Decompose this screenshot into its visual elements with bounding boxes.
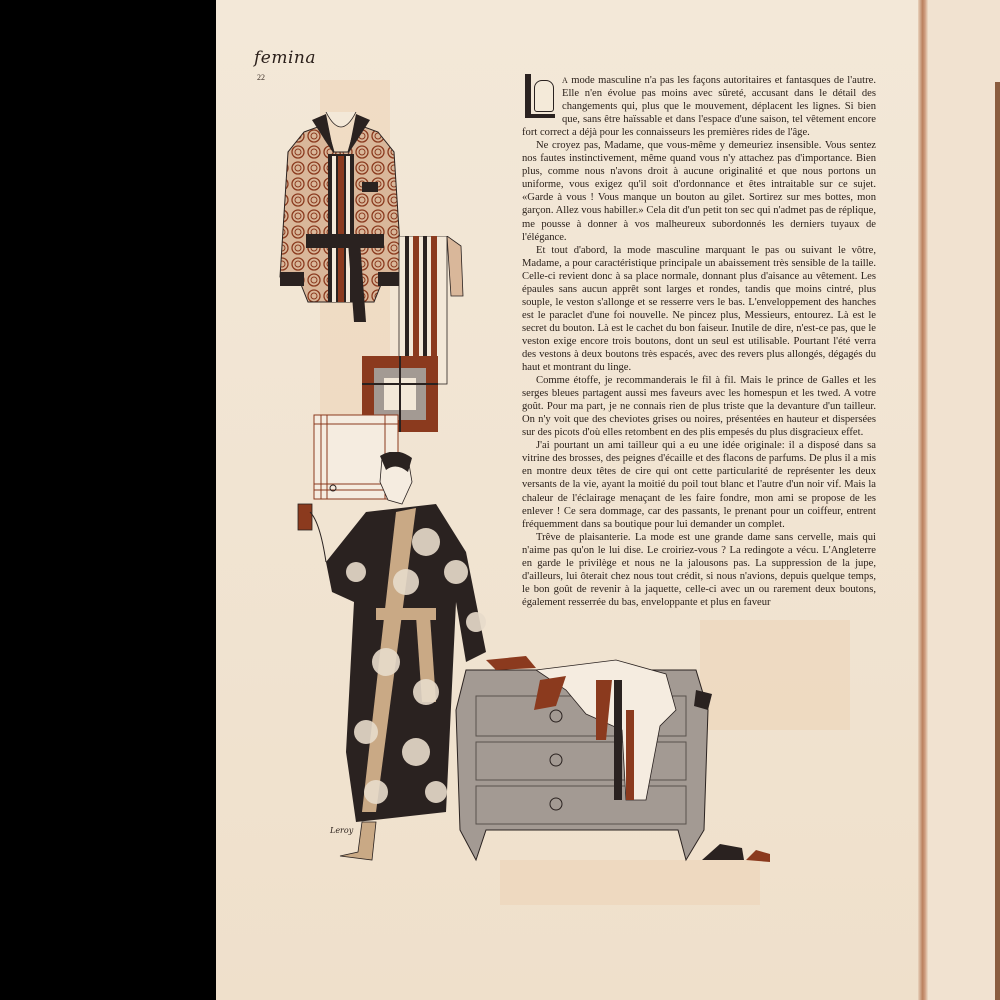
article-paragraph: Et tout d'abord, la mode masculine marqu…	[522, 244, 876, 374]
chest-of-drawers-illustration	[446, 650, 716, 862]
first-word-rest: A	[562, 76, 568, 85]
black-scan-margin	[0, 0, 216, 1000]
article-paragraph: Comme étoffe, je recommanderais le fil à…	[522, 374, 876, 439]
article-paragraph: A mode masculine n'a pas les façons auto…	[522, 74, 876, 139]
page-gutter	[918, 0, 928, 1000]
facing-page-plate-border	[995, 82, 1000, 1000]
page-number: 22	[257, 73, 265, 82]
robe-jacket-illustration	[274, 112, 408, 332]
article-paragraph: J'ai pourtant un ami tailleur qui a eu u…	[522, 439, 876, 530]
drop-cap-illustration	[522, 74, 556, 120]
artist-signature: Leroy	[330, 826, 353, 835]
facing-page-edge	[928, 0, 1000, 1000]
article-paragraph: Ne croyez pas, Madame, que vous-même y d…	[522, 139, 876, 243]
masthead-logo: femina	[254, 48, 316, 68]
tint-block	[500, 860, 760, 905]
article-body: A mode masculine n'a pas les façons auto…	[522, 74, 876, 609]
slippers-illustration	[700, 836, 772, 864]
tint-block	[700, 620, 850, 730]
paragraph-text: mode masculine n'a pas les façons autori…	[522, 75, 876, 138]
article-paragraph: Trêve de plaisanterie. La mode est une g…	[522, 531, 876, 609]
